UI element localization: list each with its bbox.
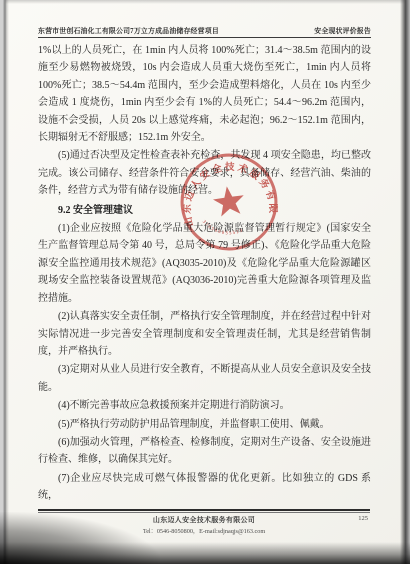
scan-edge-right [400,0,410,564]
header-project-title: 东营市世创石油化工有限公司7万立方成品油储存经营项目 [38,25,219,35]
paragraph-suggestion-3: (3)定期对从业人员进行安全教育，不断提高从业人员安全意识及安全技能。 [38,361,371,396]
scan-edge-left [0,0,9,564]
page-header: 东营市世创石油化工有限公司7万立方成品油储存经营项目 安全现状评价报告 [38,25,371,38]
paragraph-suggestion-2: (2)认真落实安全责任制，严格执行安全管理制度，并在经营过程中针对实际情况进一步… [38,308,371,360]
page-number: 125 [358,515,368,522]
paragraph-suggestion-6: (6)加强动火管理，严格检查、检修制度，定期对生产设备、安全设施进行检查、维修，… [38,434,371,469]
paragraph-item-5-summary: (5)通过否决型及定性检查表补充检查，共发现 4 项安全隐患，均已整改完成。该公… [38,147,371,199]
scan-edge-top [0,0,410,4]
paragraph-suggestion-4: (4)不断完善事故应急救援预案并定期进行消防演习。 [38,397,371,414]
paragraph-suggestion-1: (1)企业应按照《危险化学品重大危险源监督管理暂行规定》(国家安全生产监督管理总… [38,220,371,307]
scan-corner-shadow [0,512,160,564]
paragraph-suggestion-7: (7)企业应尽快完成可燃气体报警器的优化更新。比如独立的 GDS 系统， [38,470,371,505]
document-body: 1%以上的人员死亡，在 1min 内人员将 100%死亡；31.4～38.5m … [38,42,371,506]
paragraph-continuation: 1%以上的人员死亡，在 1min 内人员将 100%死亡；31.4～38.5m … [38,42,371,146]
scanned-document-page: 东营市世创石油化工有限公司7万立方成品油储存经营项目 安全现状评价报告 1%以上… [0,0,410,564]
paragraph-suggestion-5: (5)严格执行劳动防护用品管理制度，并监督职工使用、佩戴。 [38,416,371,433]
section-heading-9-2: 9.2 安全管理建议 [38,202,371,219]
header-doc-type: 安全现状评价报告 [314,25,371,35]
